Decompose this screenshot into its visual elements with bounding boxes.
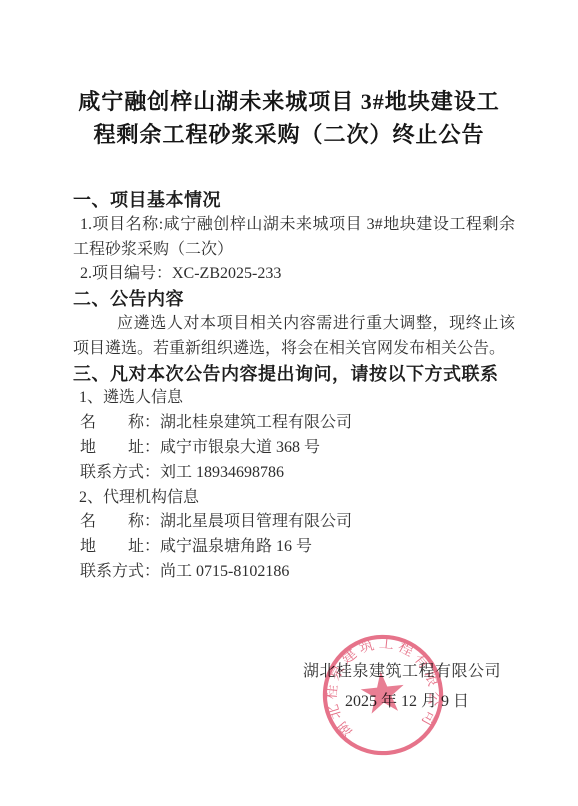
announcement-paragraph: 应遴选人对本项目相关内容需进行重大调整，现终止该项目遴选。若重新组织遴选，将会在… [73, 312, 515, 362]
section2-heading: 二、公告内容 [73, 287, 515, 312]
selector-name-line: 名 称：湖北桂泉建筑工程有限公司 [73, 411, 515, 436]
scanned-announcement-page: 咸宁融创梓山湖未来城项目 3#地块建设工 程剩余工程砂浆采购（二次）终止公告 一… [0, 0, 578, 806]
selector-info-heading: 1、遴选人信息 [73, 386, 515, 411]
company-seal-stamp: 湖北桂泉建筑工程有限公司 [313, 625, 454, 766]
document-body: 一、项目基本情况 1.项目名称:咸宁融创梓山湖未来城项目 3#地块建设工程剩余工… [73, 188, 515, 585]
agency-address-line: 地 址：咸宁温泉塘角路 16 号 [73, 535, 515, 560]
document-title-line2: 程剩余工程砂浆采购（二次）终止公告 [0, 118, 578, 151]
selector-contact-line: 联系方式：刘工 18934698786 [73, 461, 515, 486]
selector-address-line: 地 址：咸宁市银泉大道 368 号 [73, 436, 515, 461]
seal-star-icon [359, 669, 406, 714]
document-title-line1: 咸宁融创梓山湖未来城项目 3#地块建设工 [0, 85, 578, 118]
project-name-line: 1.项目名称:咸宁融创梓山湖未来城项目 3#地块建设工程剩余工程砂浆采购（二次） [73, 213, 515, 263]
document-title: 咸宁融创梓山湖未来城项目 3#地块建设工 程剩余工程砂浆采购（二次）终止公告 [0, 85, 578, 151]
section3-heading: 三、凡对本次公告内容提出询问，请按以下方式联系 [73, 362, 515, 387]
agency-info-heading: 2、代理机构信息 [73, 486, 515, 511]
section1-heading: 一、项目基本情况 [73, 188, 515, 213]
project-number-line: 2.项目编号：XC-ZB2025-233 [73, 262, 515, 287]
agency-name-line: 名 称：湖北星晨项目管理有限公司 [73, 510, 515, 535]
agency-contact-line: 联系方式：尚工 0715-8102186 [73, 560, 515, 585]
